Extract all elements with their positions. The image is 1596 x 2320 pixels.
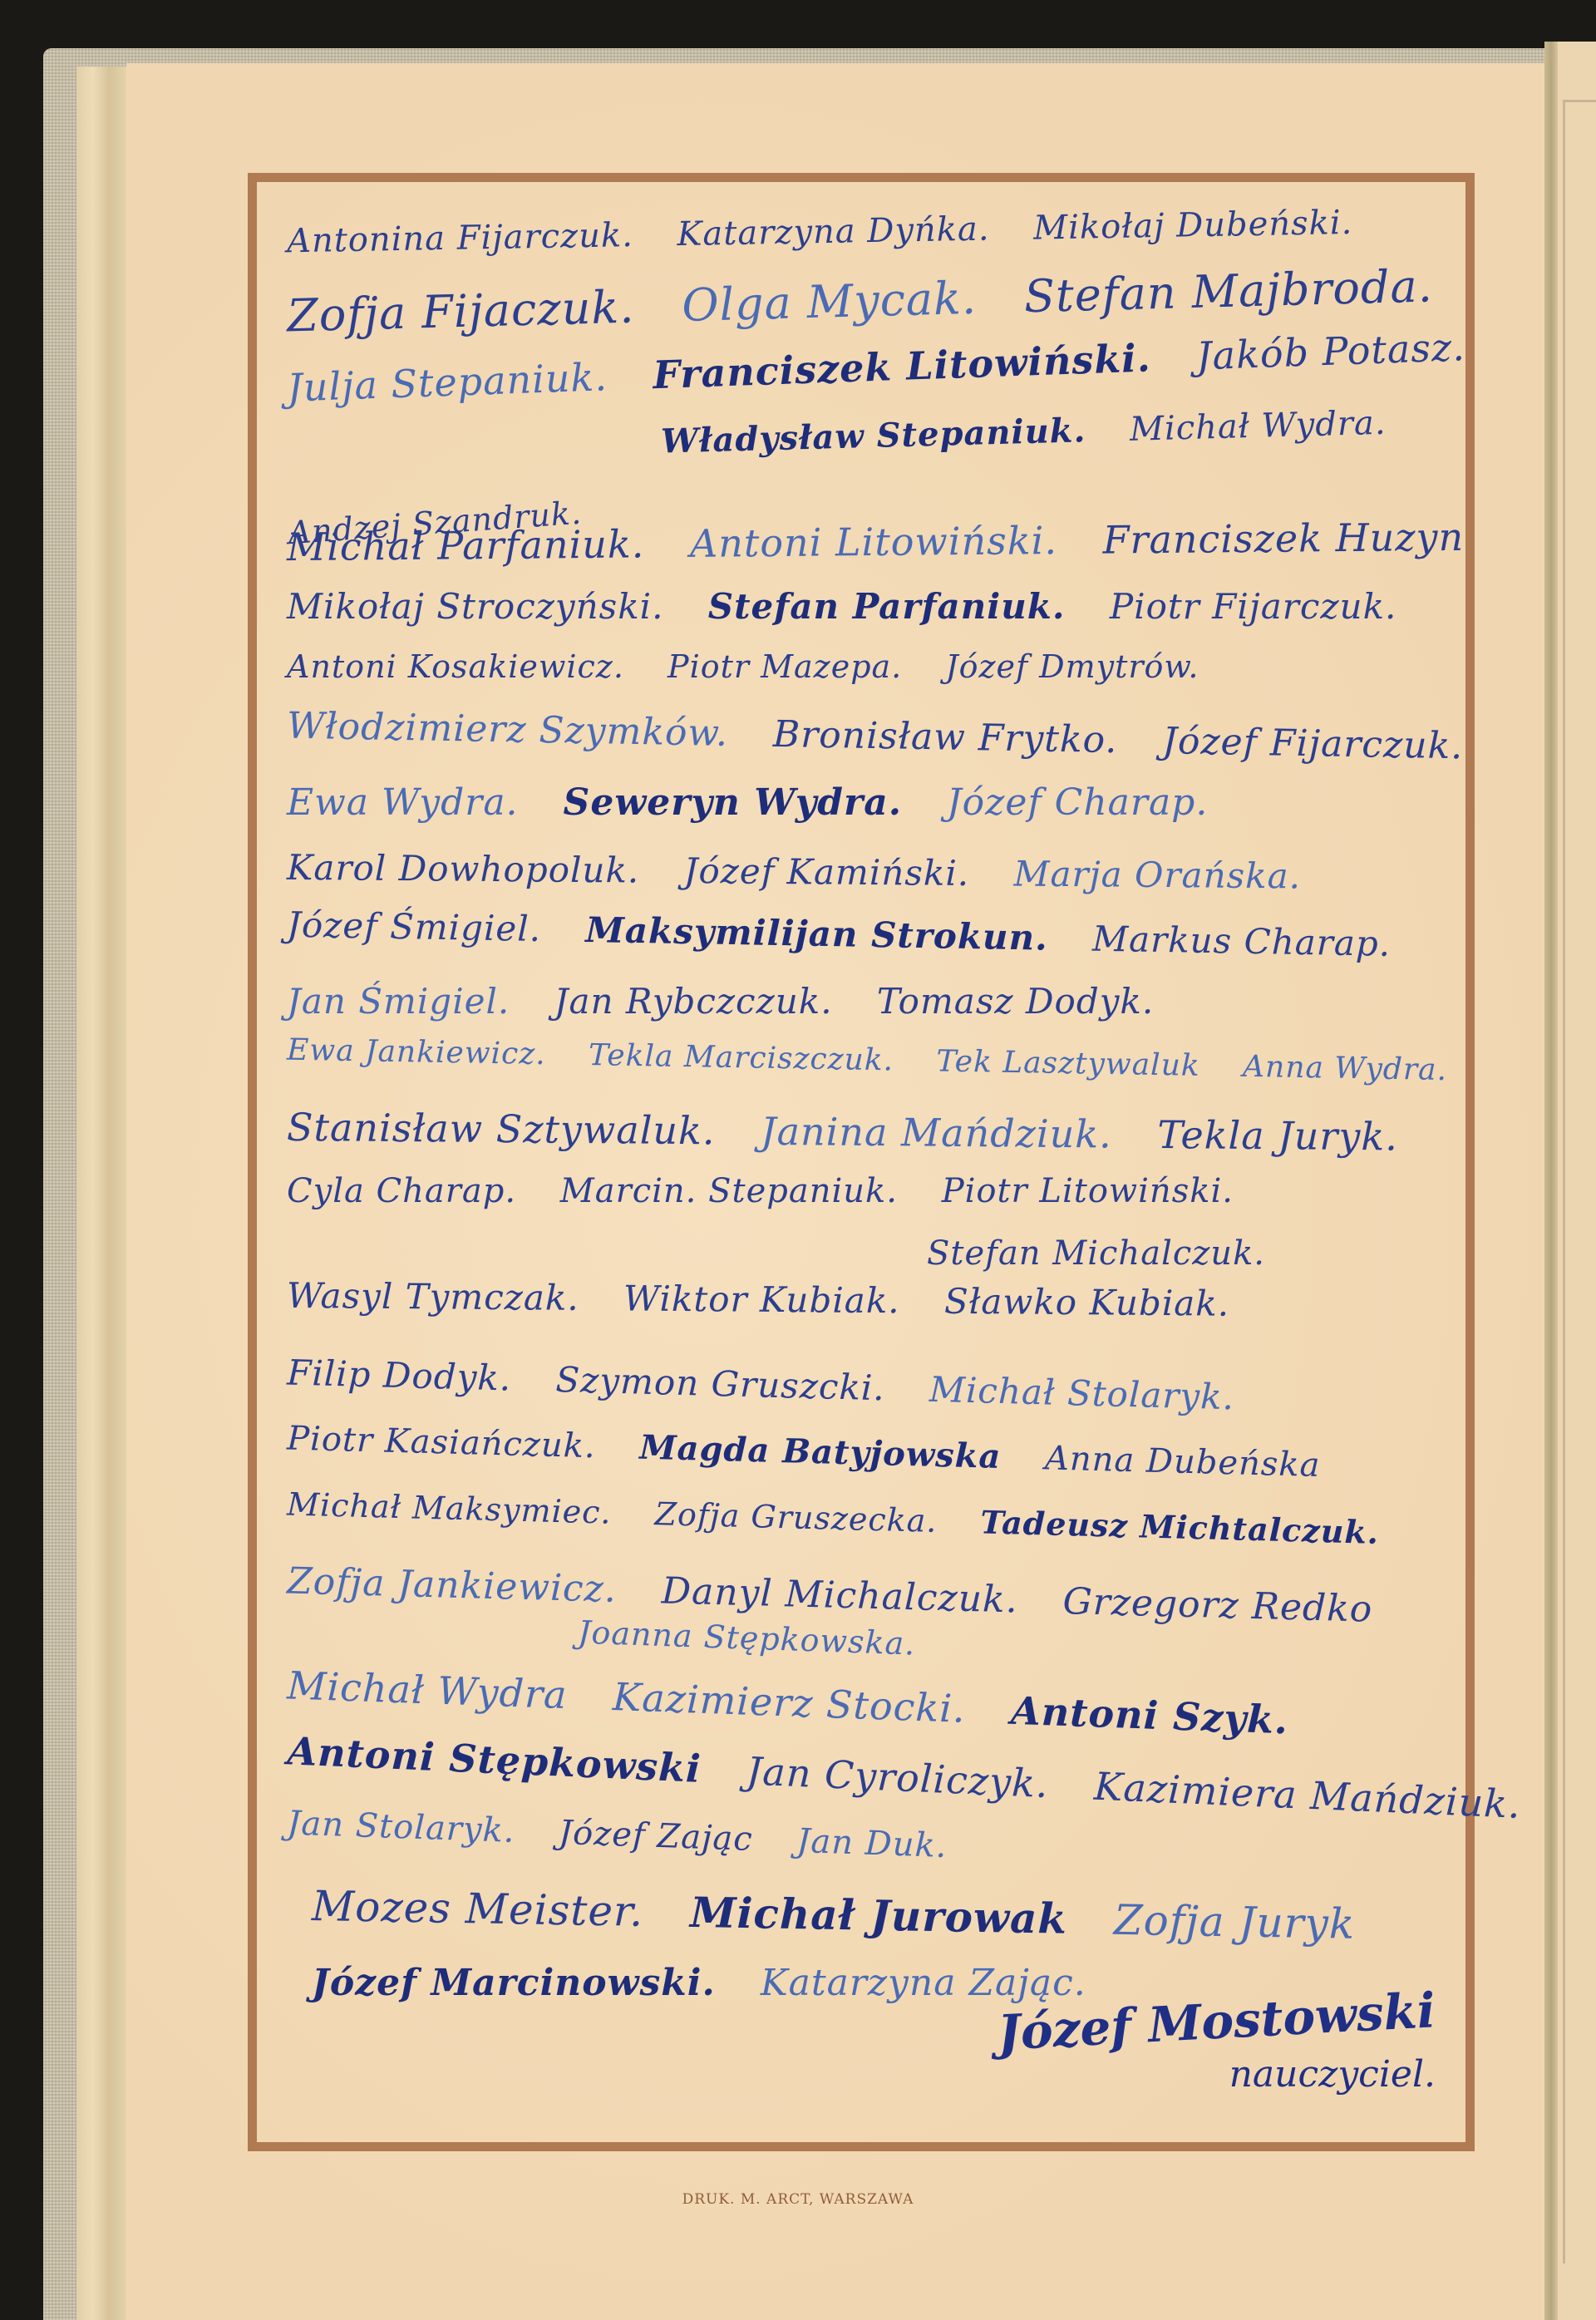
signature-row: Wasyl Tymczak. Wiktor Kubiak. Sławko Kub…: [287, 1275, 1461, 1326]
signature-entry: Sławko Kubiak.: [944, 1281, 1230, 1324]
printer-mark: DRUK. M. ARCT, WARSZAWA: [0, 2191, 1596, 2208]
signature-list: Antonina Fijarczuk. Katarzyna Dyńka. Mik…: [262, 187, 1461, 2137]
signature-entry: Antonina Fijarczuk.: [287, 216, 634, 260]
signature-entry: Michał Maksymiec.: [287, 1486, 612, 1531]
signature-entry: Antoni Stępkowski: [286, 1728, 702, 1791]
signature-entry: Piotr Fijarczuk.: [1110, 586, 1397, 627]
signature-entry: Tekla Marciszczuk.: [589, 1038, 894, 1077]
signature-row: Mozes Meister. Michał Jurowak Zofja Jury…: [312, 1881, 1461, 1950]
signature-entry: Tomasz Dodyk.: [877, 981, 1154, 1022]
signature-entry: Seweryn Wydra.: [564, 781, 903, 824]
signature-entry: Antoni Kosakiewicz.: [287, 648, 624, 685]
signature-entry: Katarzyna Dyńka.: [677, 210, 990, 254]
signature-row: Cyla Charap. Marcin. Stepaniuk. Piotr Li…: [287, 1172, 1461, 1210]
signature-entry: Jakób Potasz.: [1195, 324, 1465, 378]
signature-entry: Maksymilijan Strokun.: [585, 909, 1048, 958]
signature-entry: Filip Dodyk.: [287, 1352, 512, 1399]
signature-entry: Władysław Stepaniuk.: [661, 411, 1086, 461]
signature-entry: Włodzimierz Szymków.: [287, 705, 729, 755]
signature-entry: Józef Dmytrów.: [945, 648, 1199, 685]
signature-row: Józef Śmigiel. Maksymilijan Strokun. Mar…: [287, 904, 1461, 966]
signature-row: Jan Śmigiel. Jan Rybczczuk. Tomasz Dodyk…: [287, 981, 1461, 1022]
signature-entry: Mikołaj Stroczyński.: [287, 586, 663, 627]
signature-entry: Józef Marcinowski.: [312, 1962, 716, 2004]
signature-entry: Jan Śmigiel.: [287, 981, 510, 1022]
signature-row: Zofja Jankiewicz. Danyl Michalczuk. Grze…: [287, 1560, 1461, 1633]
signature-entry: Stefan Michalczuk.: [927, 1234, 1265, 1273]
adjacent-page: [1558, 42, 1596, 2320]
signature-entry: Markus Charap.: [1092, 919, 1392, 964]
signature-entry: Jan Rybczczuk.: [554, 981, 833, 1022]
signature-entry: Cyla Charap.: [287, 1172, 516, 1210]
signature-entry: Zofja Jankiewicz.: [287, 1560, 618, 1611]
signature-row: Antoni Kosakiewicz. Piotr Mazepa. Józef …: [287, 648, 1461, 685]
signature-entry: Franciszek Litowiński.: [652, 335, 1151, 397]
signature-entry: Karol Dowhopoluk.: [287, 847, 640, 891]
signature-entry: Kazimiera Mańdziuk.: [1093, 1764, 1522, 1827]
page-edges: [76, 66, 131, 2320]
signature-entry: Piotr Litowiński.: [942, 1172, 1234, 1210]
signature-name: Józef Mostowski: [997, 1982, 1437, 2061]
signature-row: Stefan Michalczuk.: [927, 1234, 1461, 1273]
signature-entry: Michał Wydra: [286, 1662, 568, 1717]
signature-entry: Zofja Fijaczuk.: [286, 281, 635, 342]
signature-entry: Tekla Juryk.: [1157, 1112, 1398, 1160]
signature-row: Antonina Fijarczuk. Katarzyna Dyńka. Mik…: [287, 202, 1461, 261]
signature-row: Karol Dowhopoluk. Józef Kamiński. Marja …: [287, 847, 1461, 898]
signature-row: Michał Maksymiec. Zofja Gruszecka. Tadeu…: [287, 1485, 1461, 1554]
signature-entry: Magda Batyjowska: [639, 1428, 1002, 1476]
signature-entry: Stanisław Sztywaluk.: [287, 1105, 716, 1153]
signature-entry: Piotr Mazepa.: [667, 648, 902, 685]
book-gutter: [1544, 42, 1558, 2320]
signature-entry: Szymon Gruszcki.: [555, 1359, 885, 1408]
signature-entry: Tadeusz Michtalczuk.: [980, 1503, 1380, 1551]
signature-row: Stanisław Sztywaluk. Janina Mańdziuk. Te…: [287, 1105, 1461, 1160]
signature-entry: Wiktor Kubiak.: [623, 1278, 900, 1321]
signature-entry: Antoni Litowiński.: [690, 518, 1057, 566]
signature-entry: Wasyl Tymczak.: [287, 1275, 579, 1318]
signature-entry: Jan Stolaryk.: [287, 1804, 516, 1850]
signature-entry: Antoni Szyk.: [1010, 1688, 1289, 1743]
signature-entry: Marja Orańska.: [1013, 853, 1301, 896]
signature-entry: Janina Mańdziuk.: [761, 1109, 1112, 1157]
signature-entry: Zofja Juryk: [1113, 1896, 1355, 1948]
signature-entry: Bronisław Frytko.: [772, 713, 1117, 761]
signature-entry: Józef Śmigiel.: [287, 904, 542, 949]
signature-entry: Danyl Michalczuk.: [661, 1569, 1018, 1621]
signature-entry: Mozes Meister.: [312, 1882, 644, 1936]
signature-row: Filip Dodyk. Szymon Gruszcki. Michał Sto…: [287, 1352, 1461, 1424]
signature-title: nauczyciel.: [997, 2053, 1436, 2096]
signature-entry: Ewa Wydra.: [287, 781, 519, 824]
signature-frame: Antonina Fijarczuk. Katarzyna Dyńka. Mik…: [248, 173, 1475, 2151]
adjacent-page-ornament: [1563, 100, 1596, 2263]
teacher-signature: Józef Mostowski nauczyciel.: [997, 1993, 1436, 2096]
signature-entry: Józef Charap.: [947, 781, 1208, 824]
signature-entry: Stefan Majbroda.: [1023, 259, 1433, 323]
signature-entry: Joanna Stępkowska.: [578, 1613, 917, 1662]
signature-entry: Stefan Parfaniuk.: [708, 586, 1066, 627]
signature-entry: Marcin. Stepaniuk.: [560, 1172, 898, 1210]
signature-entry: Józef Zając: [558, 1814, 753, 1859]
signature-entry: Józef Fijarczuk.: [1162, 720, 1464, 767]
signature-entry: Piotr Kasiańczuk.: [287, 1420, 597, 1466]
signature-entry: Anna Wydra.: [1243, 1050, 1448, 1087]
signature-entry: Michał Jurowak: [690, 1888, 1068, 1943]
signature-entry: Franciszek Huzyn: [1102, 515, 1464, 563]
signature-entry: Zofja Gruszecka.: [654, 1495, 938, 1539]
signature-entry: Grzegorz Redko: [1062, 1580, 1373, 1631]
signature-entry: Józef Kamiński.: [683, 850, 969, 894]
signature-entry: Julja Stepaniuk.: [286, 354, 608, 410]
signature-entry: Michał Parfaniuk.: [287, 521, 645, 569]
signature-entry: Anna Dubeńska: [1044, 1439, 1321, 1485]
signature-entry: Kazimierz Stocki.: [612, 1674, 966, 1731]
signature-entry: Michał Stolaryk.: [929, 1369, 1234, 1418]
signature-row: Zofja Fijaczuk. Olga Mycak. Stefan Majbr…: [286, 259, 1461, 342]
signature-row: Mikołaj Stroczyński. Stefan Parfaniuk. P…: [287, 586, 1461, 627]
signature-entry: Jan Cyroliczyk.: [746, 1748, 1050, 1806]
signature-entry: Ewa Jankiewicz.: [287, 1033, 546, 1071]
signature-row: Piotr Kasiańczuk. Magda Batyjowska Anna …: [287, 1419, 1461, 1489]
signature-row: Włodzimierz Szymków. Bronisław Frytko. J…: [287, 705, 1461, 768]
signature-row: Ewa Jankiewicz. Tekla Marciszczuk. Tek L…: [287, 1033, 1461, 1088]
signature-entry: Tek Lasztywaluk: [936, 1044, 1200, 1083]
signature-row: Ewa Wydra. Seweryn Wydra. Józef Charap.: [287, 781, 1461, 824]
signature-entry: Mikołaj Dubeński.: [1033, 204, 1353, 248]
signature-row: Michał Parfaniuk. Antoni Litowiński. Fra…: [287, 515, 1461, 569]
signature-entry: Jan Duk.: [796, 1822, 948, 1865]
signature-entry: Olga Mycak.: [682, 272, 978, 332]
